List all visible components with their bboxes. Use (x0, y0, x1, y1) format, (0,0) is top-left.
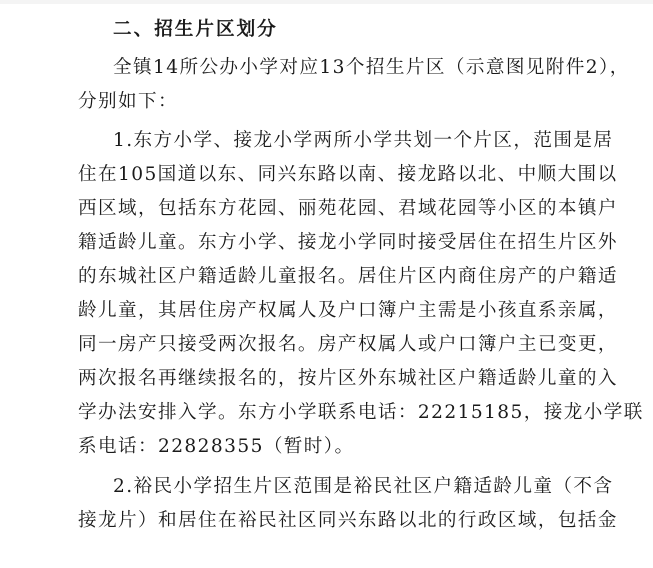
intro-line: 全镇14所公办小学对应13个招生片区（示意图见附件2）， (113, 51, 630, 85)
item1-line: 两次报名再继续报名的，按片区外东城社区户籍适龄儿童的入 (78, 362, 618, 396)
item1-line: 系电话：22828355（暂时）。 (78, 430, 354, 464)
item2-line: 接龙片）和居住在裕民社区同兴东路以北的行政区域，包括金 (78, 504, 618, 538)
item2-line: 2.裕民小学招生片区范围是裕民社区户籍适龄儿童（不含 (113, 470, 613, 504)
item1-line: 龄儿童，其居住房产权属人及户口簿户主需是小孩直系亲属， (78, 294, 618, 328)
item1-line: 同一房产只接受两次报名。房产权属人或户口簿户主已变更， (78, 328, 618, 362)
item1-line: 1.东方小学、接龙小学两所小学共划一个片区，范围是居 (113, 124, 613, 158)
item1-line: 住在105国道以东、同兴东路以南、接龙路以北、中顺大围以 (78, 158, 618, 192)
intro-line: 分别如下： (78, 85, 178, 119)
item1-line: 的东城社区户籍适龄儿童报名。居住片区内商住房产的户籍适 (78, 260, 618, 294)
item1-line: 籍适龄儿童。东方小学、接龙小学同时接受居住在招生片区外 (78, 226, 618, 260)
item1-line: 西区域，包括东方花园、丽苑花园、君域花园等小区的本镇户 (78, 192, 618, 226)
top-edge (0, 0, 653, 4)
section-heading: 二、招生片区划分 (113, 13, 278, 47)
item1-line: 学办法安排入学。东方小学联系电话：22215185，接龙小学联 (78, 396, 644, 430)
